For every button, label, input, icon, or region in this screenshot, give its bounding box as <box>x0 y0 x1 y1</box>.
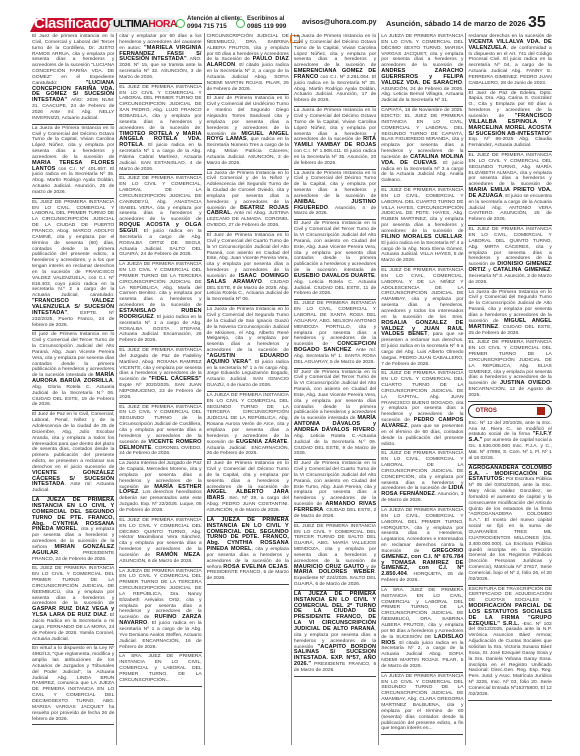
ad-text: con C.I. Nº 1.908.411. El juicio radica … <box>294 149 376 166</box>
classified-ad: reclamar derechos en la sucesión de VICE… <box>468 33 551 90</box>
contact-label: Atención al cliente: <box>187 16 242 23</box>
ad-text: EL JUEZ DE PRIMERA INSTANCIA EN LO CIVIL… <box>32 566 114 606</box>
classified-ad: CIRCUNSCRIPCIÓN JUDICIAL DE ÑEEMBUCÚ, DR… <box>207 33 289 95</box>
classified-ad: El juez de Primera Instancia en lo Civil… <box>32 331 114 411</box>
classified-ad: La Jueza de Primera Instancia en lo Civi… <box>294 170 376 221</box>
classified-ad: El Juez de Paz en lo Civil, Comercial, L… <box>32 411 114 497</box>
ad-text: En virtud a lo dispuesto en la Ley Nº 49… <box>32 646 114 721</box>
column-1: El Juez de primera instancia en lo Civil… <box>30 33 117 745</box>
logo-part-2: HORA <box>148 18 177 30</box>
ad-text: EL JUEZ DE PRIMERA INSTANCIA EN LO CIVIL… <box>468 153 551 187</box>
ad-text: El Juez de Primera Instancia en lo Civil… <box>207 461 289 489</box>
classified-ad: La Jueza de Primera Instancia en lo Civi… <box>207 170 289 232</box>
column-4: La Jueza de Primera Instancia en lo Civi… <box>292 33 379 745</box>
classified-ad: EL JUEZ DE PRIMERA INSTANCIA EN LO CIVIL… <box>381 267 463 370</box>
whatsapp-icon <box>236 19 245 28</box>
classified-ad: EL JUEZ DE PRIMERA INSTANCIA EN LO CIVIL… <box>294 300 376 368</box>
classified-ad: La Jueza de Primera Instancia en lo Civi… <box>468 289 551 340</box>
ad-highlight: MARIA DOLORES WEBER <box>294 569 375 575</box>
ad-text: El Juez de Primera Instancia en lo Civil… <box>294 221 376 273</box>
otros-section-header: OTROS <box>468 404 551 418</box>
classified-ad: La Jueza de Primera Instancia en lo Civi… <box>207 306 289 392</box>
ad-text: Expte Nº 2020/2025. SAN JUAN NEPOMUCENO,… <box>119 383 201 400</box>
ad-text: EL JUEZ DE PRIMERA INSTANCIA EN LO CIVIL… <box>381 371 463 423</box>
ad-text: La Jueza de Primera Instancia en lo Civi… <box>32 126 114 160</box>
section-title: Clasificados <box>34 16 116 32</box>
classified-ad: EL JUEZ DE PRIMERA INSTANCIA EN LO CIVIL… <box>381 187 463 267</box>
section-marker-icon <box>537 407 545 415</box>
ad-text: EL JUEZ DE PRIMERA INSTANCIA EN LO CIVIL… <box>119 176 201 222</box>
ad-text: LA SRA. JUEZ DE PRIMERA INSTANCIA EN LO … <box>381 588 463 640</box>
ad-highlight: JUSTINA OVIEDO <box>500 380 550 386</box>
classified-ad: El Juez de Primera Instancia en lo Civil… <box>207 232 289 306</box>
classified-ad: El Juez de Primera Instancia en lo Civil… <box>207 460 289 517</box>
classified-ad: LA JUEZA DE PRIMERA INSTANCIA EN LO CIVI… <box>381 507 463 587</box>
ad-text: LA JUEZA DE PRIMERA INSTANCIA EN LO CIVI… <box>381 34 463 68</box>
customer-service-contact: Atención al cliente:0994 715 715 <box>176 16 242 30</box>
ad-highlight: ANDRES ZARACHO GUERREROS y FELIPA VALDEZ… <box>381 68 463 86</box>
ad-highlight: "FIDEL CÁCERES" <box>149 376 202 382</box>
classified-ad: LA JUEZA DE PRIMERA INSTANCIA EN LO CIVI… <box>207 517 289 585</box>
classified-ad: LA SRA. JUEZ DE PRIMERA INSTANCIA EN LO … <box>119 653 201 686</box>
classified-ad: EL JUEZ DE PRIMERA INSTANCIA EN LO CIVIL… <box>119 84 201 176</box>
classified-ad: EL JUEZ DE PRIMERA INSTANCIA EN LO CIVIL… <box>468 226 551 288</box>
ad-text: La Jueza de Primera Instancia en lo Civi… <box>207 307 289 353</box>
newspaper-logo: ULTIMAHORA <box>113 17 177 31</box>
classified-ad: CAPIATÁ, 18 de Noviembre de 2025. EDICTO… <box>381 107 463 187</box>
classified-ad: La Jueza de Primera Instancia en lo Civi… <box>294 33 376 107</box>
classified-ad: EL JUEZ DE PRIMERA INSTANCIA EN LO CIVIL… <box>468 339 551 401</box>
ad-text: , para que se presenten a reclamar sus d… <box>381 332 463 366</box>
classified-ad: EL JUEZ DE PRIMERA INSTANCIA del Juzgado… <box>119 347 201 404</box>
ad-text: CAPIATÁ, 18 de Noviembre de 2025. EDICTO… <box>381 108 463 160</box>
classified-ad: LA JUEZA DE PRIMERA INSTANCIA EN LO CIVI… <box>32 497 114 565</box>
section-label: OTROS <box>475 408 496 414</box>
email-contact: avisos@uhora.com.py <box>290 19 377 26</box>
classified-ad: LA JUEZA DE PRIMERA INSTANCIA EN LO CIVI… <box>119 568 201 654</box>
classified-ad: LA JUEZA DE PRIMERA INSTANCIA EN LO CIVI… <box>294 591 376 677</box>
classified-ad: EL JUEZ DE PRIMERA INSTANCIA EN LO CIVIL… <box>381 450 463 507</box>
classified-ad: El Juez de Primera Instancia en lo Civil… <box>294 460 376 522</box>
page-header: Clasificados ULTIMAHORA Atención al clie… <box>0 0 580 32</box>
classified-ad: La Jueza de Primera Instancia en lo Civi… <box>294 107 376 169</box>
classified-ad: El Juez de Paz de Edelira, Dpto. Itapúa,… <box>468 90 551 152</box>
ad-text: ESCRITURA DE TRASCRIPCIÓN DE CERTIFICADO… <box>468 587 551 604</box>
classified-ad: EL JUEZ DE PRIMERA INSTANCIA EN LO CIVIL… <box>381 370 463 450</box>
column-6: reclamar derechos en la sucesión de VICE… <box>466 33 553 745</box>
ad-highlight: RAMÓN MEZA <box>156 552 200 558</box>
classifieds-columns: El Juez de primera instancia en lo Civil… <box>30 33 554 745</box>
classified-ad: LA SRA. JUEZ DE PRIMERA INSTANCIA EN LO … <box>381 587 463 673</box>
classified-ad: citar y emplazar por 60 días a los hered… <box>119 33 201 84</box>
classified-ad: El Juez de primera instancia en lo Civil… <box>32 33 114 125</box>
classified-ad: EL JUEZ DE PRIMERA INSTANCIA EN LO CIVIL… <box>119 517 201 568</box>
whatsapp-icon <box>176 19 185 28</box>
ad-text: EL JUEZ DE PRIMERA INSTANCIA EN LO CIVIL… <box>32 200 114 299</box>
ad-text: Por Escritura Pública Nº 05 del 03/02/20… <box>468 477 551 581</box>
ad-highlight: GASPAR RUIZ DIAZ VEGA y YLSA LARA DE RUI… <box>32 606 114 618</box>
classified-ad: EL JUEZ DE PRIMERA INSTANCIA EN LO CIVIL… <box>32 565 114 645</box>
classified-ad: LA JUEZA DE PRIMERA INSTANCIA EN LO CIVI… <box>207 392 289 460</box>
ad-text: LA SRA. JUEZ DE PRIMERA INSTANCIA EN LO … <box>119 654 201 682</box>
ad-highlight: LA JUEZA DE PRIMERA INSTANCIA EN LO CIVI… <box>294 591 376 632</box>
contact-phone: 0985 119 999 <box>247 23 286 30</box>
ad-highlight: CATALINA GIMENEZ <box>493 267 550 273</box>
contact-phone: 0994 715 715 <box>187 23 242 30</box>
ad-highlight: ROSA EVELINA CEJAS <box>223 564 287 570</box>
ad-text: LA JUEZA DE PRIMERA INSTANCIA EN LO CIVI… <box>207 393 289 445</box>
classified-ad: El Juez de Primera Instancia en lo Civil… <box>294 220 376 300</box>
ad-text: -Esc. Nº 102 del 05/12/2025, pasada ante… <box>468 622 551 697</box>
ad-highlight: EUSEBIO DAVALOS DUARTE <box>294 273 375 279</box>
ad-text: EL JUEZ DE PRIMERA INSTANCIA EN LO CIVIL… <box>381 268 463 320</box>
ad-text: LA JUEZA DE PRIMERA INSTANCIA EN LO CIVI… <box>381 674 463 732</box>
ad-text: LA JUEZA DE PRIMERA INSTANCIA EN LO CIVI… <box>119 569 201 621</box>
ad-highlight: FILINO MORALES CUELLAR <box>381 234 462 240</box>
column-3: CIRCUNSCRIPCIÓN JUDICIAL DE ÑEEMBUCÚ, DR… <box>205 33 292 745</box>
logo-part-1: ULTIMA <box>113 18 148 30</box>
page-number: 35 <box>528 14 546 32</box>
column-2: citar y emplazar por 60 días a los hered… <box>117 33 204 745</box>
ad-text: LA JUEZA DE PRIMERA INSTANCIA EN LO CIVI… <box>119 262 201 308</box>
classified-ad: EL JUEZ DE PRIMERA INSTANCIA EN LO CIVIL… <box>32 199 114 332</box>
classified-ad: ESCRITURA DE TRASCRIPCIÓN DE CERTIFICADO… <box>468 586 551 701</box>
contact-label: Escribinos al <box>247 16 286 23</box>
classified-ad: LA JUEZA DE PRIMERA INSTANCIA EN LO CIVI… <box>119 261 201 347</box>
ad-text: El Juez de Paz en lo Civil, Comercial, L… <box>32 412 114 470</box>
ad-text: , de conformidad a lo dispuesto en el Ar… <box>468 46 551 86</box>
classified-ad: EL JUEZ DE PRIMERA INSTANCIA EN LO CIVIL… <box>468 152 551 226</box>
classified-ad: LA JUEZA DE PRIMERA INSTANCIA EN LO CIVI… <box>381 33 463 107</box>
classified-ad: La Jueza de Primera Instancia en lo Civi… <box>32 125 114 199</box>
ad-text: EL JUEZ DE PRIMERA INSTANCIA EN LO CIVIL… <box>119 85 201 131</box>
classified-ad: EL JUEZ DE PRIMERA INSTANCIA EN LO CIVIL… <box>294 523 376 591</box>
classified-ad: LA JUEZA DE PRIMERA INSTANCIA EN LO CIVI… <box>381 673 463 735</box>
column-5: LA JUEZA DE PRIMERA INSTANCIA EN LO CIVI… <box>379 33 466 745</box>
ad-text: La Jueza de Primera Instancia en lo Civi… <box>294 34 376 68</box>
classified-ad: EL JUEZ DE PRIMERA INSTANCIA EN LO CIVIL… <box>119 404 201 461</box>
write-us-contact: Escribinos al0985 119 999 <box>236 16 286 30</box>
classified-ad: EL JUEZ DE PRIMERA INSTANCIA EN LO CIVIL… <box>119 175 201 261</box>
classified-ad: El Juez de Primera Instancia en lo Civil… <box>207 95 289 169</box>
classified-ad: Esc. Nº 12 del 20/10/25, ante la Esc. An… <box>468 420 551 465</box>
ad-highlight: EUGENIA ZÁRATE <box>236 439 288 445</box>
email-address: avisos@uhora.com.py <box>302 19 377 26</box>
ad-text: El Juez de Primera Instancia en lo Civil… <box>294 370 376 422</box>
ad-text: Exp. Nº 86-2025 Abg. Claudia Fernández, … <box>468 137 551 148</box>
classified-ad: La Jueza Interina del Juzgado de Paz de … <box>119 460 201 517</box>
classified-ad: AGROGANADERA COLOMBO S.A. - MODIFICACIÓN… <box>468 465 551 586</box>
classified-ad: En virtud a lo dispuesto en la Ley Nº 49… <box>32 645 114 725</box>
classified-ad: El Juez de Primera Instancia en lo Civil… <box>294 369 376 461</box>
issue-date: Asunción, sábado 14 de marzo de 2026 <box>386 19 526 28</box>
ad-text: EL JUEZ DE PRIMERA INSTANCIA EN LO CIVIL… <box>381 188 463 234</box>
ad-text: EL JUEZ DE PRIMERA INSTANCIA EN LO CIVIL… <box>294 524 376 564</box>
ad-text: El Juez de primera instancia en lo Civil… <box>32 34 114 86</box>
ad-text: La Jueza de Primera Instancia en lo Civi… <box>294 171 376 199</box>
